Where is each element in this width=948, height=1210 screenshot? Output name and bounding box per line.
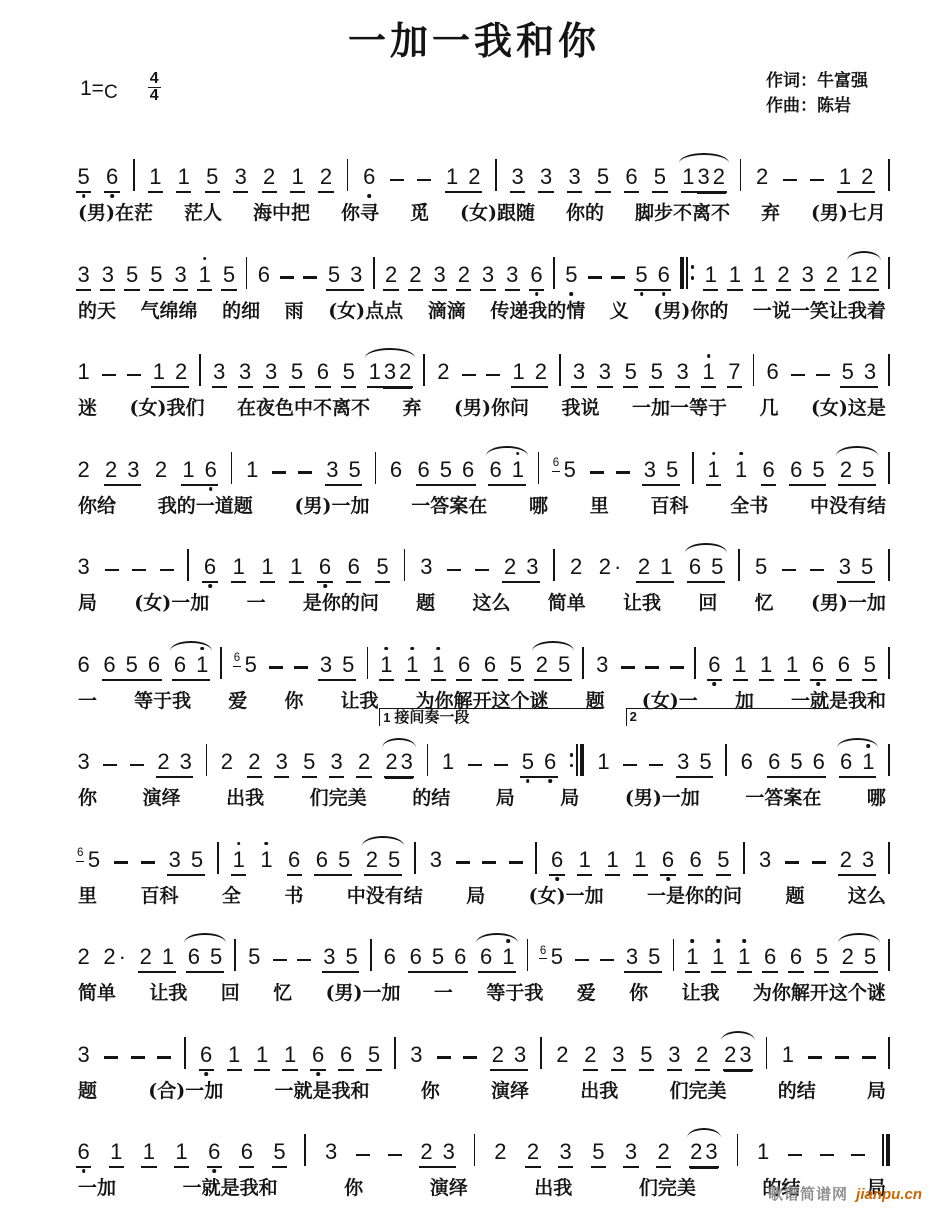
lyrics-row: 简单让我回忆(男)一加一等于我爱你让我为你解开这个谜 <box>0 973 948 1005</box>
tie-arc <box>836 446 878 456</box>
note-token: 61 <box>478 946 516 973</box>
note-token: 6 <box>529 264 544 291</box>
note-token: 6 <box>362 166 377 193</box>
note-token: 6 <box>256 264 271 291</box>
note-token: 35 <box>322 946 360 973</box>
lyric-segment: 一答案在 <box>745 783 821 810</box>
duration-dash <box>509 861 523 863</box>
note-token: 2 <box>569 556 584 583</box>
score-system: 1接间奏一段232322353223156135665661你演绎出我们完美的结… <box>0 718 948 816</box>
duration-dash <box>157 1056 171 1058</box>
duration-dash <box>104 1056 118 1058</box>
note-token: 5 <box>149 264 164 291</box>
note-token: 16 <box>181 459 219 486</box>
lyric-segment: 你的 <box>566 198 604 225</box>
lyric-segment: 这么 <box>472 588 510 615</box>
lyric-segment: (男)你的 <box>653 296 728 323</box>
note-token: 3 <box>76 1044 91 1071</box>
duration-dash <box>645 666 659 668</box>
note-token: 3 <box>238 361 253 388</box>
note-token: 6 <box>199 1044 214 1071</box>
note-token: 3 <box>428 849 443 876</box>
note-token: 23 <box>689 1141 720 1168</box>
notes-row: 1接间奏一段232322353223156135665661 <box>0 718 948 778</box>
note-token: 35 <box>624 946 662 973</box>
score-system: 22321613566566165351166525你给我的一道题(男)一加一答… <box>0 426 948 524</box>
note-token: 1 <box>706 459 721 486</box>
tie-arc <box>382 738 417 748</box>
barline <box>246 256 248 290</box>
note-token: 5 <box>76 166 91 193</box>
duration-dash <box>494 764 508 766</box>
key-note: C <box>104 82 118 103</box>
note-token: 1 <box>755 1141 770 1168</box>
note-token: 1 <box>605 849 620 876</box>
score-system: 561153212612333565132212(男)在茫茫人海中把你寻觅(女)… <box>0 133 948 231</box>
note-token: 1 <box>784 654 799 681</box>
note-token: 3 <box>675 361 690 388</box>
lyric-segment: 滴滴 <box>428 296 466 323</box>
volta-text: 接间奏一段 <box>394 708 469 726</box>
note-token: 5 <box>639 1044 654 1071</box>
notes-row: 6535116652536111665323 <box>0 816 948 876</box>
grace-note: 6 <box>76 848 84 862</box>
duration-dash <box>388 1154 402 1156</box>
notes-row: 22·2165535665661653511166525 <box>0 913 948 973</box>
lyric-segment: 迷 <box>78 393 97 420</box>
note-token: 1 <box>733 654 748 681</box>
note-token: 5 <box>623 361 638 388</box>
lyric-segment: 中没有结 <box>810 491 886 518</box>
note-token: 6 <box>762 946 777 973</box>
note-token: 3 <box>323 1141 338 1168</box>
key-time-signature: 1=C 4 4 <box>80 73 161 104</box>
note-token: 6 <box>788 946 803 973</box>
note-token: 132 <box>367 361 413 388</box>
barline <box>740 158 742 192</box>
barline <box>184 1036 186 1070</box>
lyric-segment: 忆 <box>273 978 292 1005</box>
barline <box>743 841 745 875</box>
note-token: 1 <box>711 946 726 973</box>
note-token: 6 <box>482 654 497 681</box>
notes-row: 66566165351116652536111665 <box>0 621 948 681</box>
barline <box>187 548 189 582</box>
duration-dash <box>456 861 470 863</box>
lyric-segment: 为你解开这个谜 <box>753 978 886 1005</box>
barline <box>234 938 236 972</box>
note-token: 7 <box>727 361 742 388</box>
duration-dash <box>808 1056 822 1058</box>
note-token: 1 <box>727 264 742 291</box>
barline <box>217 841 219 875</box>
note-token: 2· <box>597 556 623 583</box>
lyric-segment: 爱 <box>577 978 596 1005</box>
lyric-segment: 弃 <box>402 393 421 420</box>
duration-dash <box>390 179 404 181</box>
lyric-segment: 忆 <box>755 588 774 615</box>
barline <box>737 1133 739 1167</box>
note-token: 3 <box>76 751 91 778</box>
barline <box>414 841 416 875</box>
lyric-segment: 你 <box>78 783 97 810</box>
lyric-segment: 出我 <box>534 1173 572 1200</box>
note-token: 6 <box>346 556 361 583</box>
lyric-segment: 我的一道题 <box>158 491 253 518</box>
barline <box>373 256 375 290</box>
duration-dash <box>131 1056 145 1058</box>
note-token: 65 <box>76 849 102 876</box>
lyric-segment: 书 <box>284 881 303 908</box>
note-token: 6 <box>836 654 851 681</box>
lyric-segment: 你 <box>284 686 303 713</box>
lyric-segment: 的结 <box>412 783 450 810</box>
note-token: 25 <box>534 654 572 681</box>
barline <box>582 646 584 680</box>
lyric-segment: (男)一加 <box>625 783 700 810</box>
tie-arc <box>170 641 212 651</box>
lyric-segment: 我说 <box>561 393 599 420</box>
note-token: 2 <box>555 1044 570 1071</box>
lyrics-row: 里百科全书中没有结局(女)一加一是你的问题这么 <box>0 876 948 908</box>
lyric-segment: (男)一加 <box>326 978 401 1005</box>
note-token: 3 <box>76 264 91 291</box>
song-title: 一加一我和你 <box>0 10 948 65</box>
duration-dash <box>785 861 799 863</box>
lyric-segment: 让我 <box>623 588 661 615</box>
note-token: 5 <box>716 849 731 876</box>
note-token: 3 <box>329 751 344 778</box>
duration-dash <box>835 1056 849 1058</box>
lyric-segment: 雨 <box>285 296 304 323</box>
note-token: 25 <box>364 849 402 876</box>
note-token: 3 <box>611 1044 626 1071</box>
note-token: 656 <box>416 459 476 486</box>
lyric-segment: 中没有结 <box>347 881 423 908</box>
note-token: 1 <box>245 459 260 486</box>
note-token: 6 <box>310 1044 325 1071</box>
duration-dash <box>468 764 482 766</box>
note-token: 23 <box>502 556 540 583</box>
note-token: 12 <box>151 361 189 388</box>
note-token: 23 <box>490 1044 528 1071</box>
note-token: 65 <box>186 946 224 973</box>
duration-dash <box>588 276 602 278</box>
note-token: 2 <box>219 751 234 778</box>
lyric-segment: (合)一加 <box>148 1076 223 1103</box>
note-token: 23 <box>419 1141 457 1168</box>
note-token: 1 <box>379 654 394 681</box>
note-token: 2 <box>776 264 791 291</box>
tie-arc <box>685 543 727 553</box>
barline <box>423 353 425 387</box>
lyric-segment: 们完美 <box>310 783 367 810</box>
lyric-segment: 题 <box>416 588 435 615</box>
duration-dash <box>600 959 614 961</box>
note-token: 3 <box>263 361 278 388</box>
barline <box>527 938 529 972</box>
note-token: 1 <box>596 751 611 778</box>
note-token: 1 <box>254 1044 269 1071</box>
note-token: 5 <box>649 361 664 388</box>
double-underline-group: 32 <box>382 361 413 383</box>
note-token: 2 <box>695 1044 710 1071</box>
note-token: 23 <box>838 849 876 876</box>
volta-label: 2 <box>630 709 637 724</box>
lyrics-row: 迷(女)我们在夜色中不离不弃(男)你问我说一加一等于几(女)这是 <box>0 388 948 420</box>
lyric-segment: 简单 <box>548 588 586 615</box>
lyric-segment: 义 <box>610 296 629 323</box>
note-token: 1 <box>733 459 748 486</box>
volta-bracket: 2 <box>626 708 829 726</box>
lyric-segment: 弃 <box>761 198 780 225</box>
notes-row: 22321613566566165351166525 <box>0 426 948 486</box>
tie-arc <box>687 1128 722 1138</box>
note-token: 1 <box>701 361 716 388</box>
duration-dash <box>670 666 684 668</box>
composer-credit: 作曲：陈岩 <box>766 94 868 119</box>
note-token: 3 <box>558 1141 573 1168</box>
barline <box>304 1133 306 1167</box>
lyric-segment: (女)一加 <box>529 881 604 908</box>
volta-label: 1 <box>383 710 390 725</box>
time-signature-bottom: 4 <box>148 88 161 104</box>
note-token: 2 <box>262 166 277 193</box>
note-token: 2 <box>824 264 839 291</box>
note-token: 1 <box>227 1044 242 1071</box>
duration-dash <box>298 471 312 473</box>
lyric-segment: 题 <box>78 1076 97 1103</box>
lyric-segment: 等于我 <box>134 686 191 713</box>
score-system: 6535116652536111665323里百科全书中没有结局(女)一加一是你… <box>0 816 948 914</box>
repeat-start-barline <box>680 256 694 290</box>
duration-dash <box>294 666 308 668</box>
lyric-segment: 一 <box>247 588 266 615</box>
barline <box>694 646 696 680</box>
note-token: 2 <box>583 1044 598 1071</box>
note-token: 1 <box>685 946 700 973</box>
tie-arc <box>838 933 880 943</box>
duration-dash <box>272 471 286 473</box>
notes-row: 561153212612333565132212 <box>0 133 948 193</box>
note-token: 5 <box>272 1141 287 1168</box>
duration-dash <box>616 471 630 473</box>
barline <box>738 548 740 582</box>
note-token: 65 <box>314 849 352 876</box>
barline <box>404 548 406 582</box>
tie-arc <box>847 251 882 261</box>
note-token: 5 <box>205 166 220 193</box>
note-token: 2 <box>153 459 168 486</box>
note-token: 6 <box>315 361 330 388</box>
barline <box>474 1133 476 1167</box>
lyric-segment: 百科 <box>650 491 688 518</box>
note-token: 2· <box>102 946 128 973</box>
note-token: 65 <box>789 459 827 486</box>
barline <box>725 743 727 777</box>
barline <box>753 353 755 387</box>
duration-dash <box>132 569 146 571</box>
note-token: 25 <box>838 459 876 486</box>
lyric-segment: 一 <box>434 978 453 1005</box>
duration-dash <box>273 959 287 961</box>
duration-dash <box>482 861 496 863</box>
note-token: 6 <box>688 849 703 876</box>
duration-dash <box>623 764 637 766</box>
barline <box>367 646 369 680</box>
barline <box>199 353 201 387</box>
note-token: 2 <box>656 1141 671 1168</box>
notes-row: 3611166532322·2165535 <box>0 523 948 583</box>
lyric-segment: 局 <box>496 783 515 810</box>
duration-dash <box>356 1154 370 1156</box>
double-underline-group: 23 <box>689 1141 720 1163</box>
note-token: 656 <box>408 946 468 973</box>
lyric-segment: (女)这是 <box>811 393 886 420</box>
barline <box>888 451 890 485</box>
tie-arc <box>532 641 574 651</box>
note-token: 61 <box>172 654 210 681</box>
barline <box>766 1036 768 1070</box>
lyric-segment: 让我 <box>681 978 719 1005</box>
watermark-site-name: 歌谱简谱网 <box>768 1185 848 1203</box>
note-token: 61 <box>488 459 526 486</box>
barline <box>888 158 890 192</box>
note-token: 6 <box>761 459 776 486</box>
score-system: 36111665323223532231题(合)一加一就是我和你演绎出我们完美的… <box>0 1011 948 1109</box>
note-token: 3 <box>510 166 525 193</box>
lyricist-credit: 作词：牛富强 <box>766 69 868 94</box>
note-token: 53 <box>840 361 878 388</box>
note-token: 56 <box>634 264 672 291</box>
lyric-segment: (女)我们 <box>130 393 205 420</box>
time-signature-top: 4 <box>148 71 161 88</box>
lyrics-row: 局(女)一加一是你的问题这么简单让我回忆(男)一加 <box>0 583 948 615</box>
lyrics-row: 的天气绵绵的细雨(女)点点滴滴传递我的情义(男)你的一说一笑让我着 <box>0 291 948 323</box>
lyric-segment: (男)在茫 <box>78 198 153 225</box>
note-token: 6 <box>765 361 780 388</box>
repeat-dots <box>570 744 574 776</box>
lyric-segment: 一就是我和 <box>274 1076 369 1103</box>
note-token: 6 <box>76 1141 91 1168</box>
lyric-segment: 你 <box>344 1173 363 1200</box>
lyric-segment: 让我 <box>340 686 378 713</box>
duration-dash <box>862 1056 876 1058</box>
barline <box>375 451 377 485</box>
barline <box>673 938 675 972</box>
lyric-segment: 一就是我和 <box>183 1173 278 1200</box>
barline <box>553 256 555 290</box>
note-token: 6 <box>76 654 91 681</box>
barline <box>888 743 890 777</box>
note-token: 2 <box>76 459 91 486</box>
note-token: 5 <box>814 946 829 973</box>
note-token: 3 <box>173 264 188 291</box>
note-token: 5 <box>247 946 262 973</box>
lyric-segment: 是你的问 <box>303 588 379 615</box>
barline <box>888 646 890 680</box>
score-system: 3611166532322·2165535局(女)一加一是你的问题这么简单让我回… <box>0 523 948 621</box>
barline <box>888 841 890 875</box>
barline <box>540 1036 542 1070</box>
note-token: 3 <box>595 654 610 681</box>
duration-dash <box>103 764 117 766</box>
tie-arc <box>486 446 528 456</box>
lyric-segment: (男)一加 <box>295 491 370 518</box>
note-token: 1 <box>752 264 767 291</box>
note-token: 1 <box>260 556 275 583</box>
note-token: 3 <box>623 1141 638 1168</box>
note-token: 5 <box>341 361 356 388</box>
duration-dash <box>816 374 830 376</box>
lyric-segment: (男)你问 <box>454 393 529 420</box>
note-token: 1 <box>109 1141 124 1168</box>
duration-dash <box>791 374 805 376</box>
barline <box>133 158 135 192</box>
lyric-segment: 局 <box>466 881 485 908</box>
watermark-site-url[interactable]: jianpu.cn <box>856 1186 922 1203</box>
note-token: 1 <box>282 1044 297 1071</box>
note-token: 1 <box>174 1141 189 1168</box>
note-token: 1 <box>197 264 212 291</box>
note-token: 3 <box>274 751 289 778</box>
note-token: 3 <box>432 264 447 291</box>
note-token: 3 <box>409 1044 424 1071</box>
lyric-segment: 让我 <box>149 978 187 1005</box>
duration-dash <box>297 959 311 961</box>
lyric-segment: 一说一笑让我着 <box>753 296 886 323</box>
note-token: 1 <box>176 166 191 193</box>
note-token: 5 <box>375 556 390 583</box>
note-token: 656 <box>767 751 827 778</box>
score-system: 3355315653223233655611123212的天气绵绵的细雨(女)点… <box>0 231 948 329</box>
note-token: 12 <box>445 166 483 193</box>
duration-dash <box>486 374 500 376</box>
score-system: 22·2165535665661653511166525简单让我回忆(男)一加一… <box>0 913 948 1011</box>
note-token: 1 <box>259 849 274 876</box>
note-token: 1 <box>231 849 246 876</box>
note-token: 132 <box>681 166 727 193</box>
double-underline-group: 23 <box>723 1044 754 1066</box>
barline <box>231 451 233 485</box>
note-token: 6 <box>202 556 217 583</box>
note-token: 3 <box>597 361 612 388</box>
note-token: 5 <box>221 264 236 291</box>
duration-dash <box>303 276 317 278</box>
note-token: 5 <box>289 361 304 388</box>
score-system: 1123335651322123355317653迷(女)我们在夜色中不离不弃(… <box>0 328 948 426</box>
lyric-segment: 爱 <box>228 686 247 713</box>
note-token: 2 <box>525 1141 540 1168</box>
lyrics-row: 题(合)一加一就是我和你演绎出我们完美的结局 <box>0 1071 948 1103</box>
duration-dash <box>810 179 824 181</box>
note-token: 656 <box>102 654 162 681</box>
duration-dash <box>105 569 119 571</box>
note-token: 65 <box>552 459 578 486</box>
note-token: 5 <box>124 264 139 291</box>
lyric-segment: 你寻 <box>341 198 379 225</box>
lyric-segment: 演绎 <box>143 783 181 810</box>
note-token: 6 <box>287 849 302 876</box>
lyric-segment: 等于我 <box>486 978 543 1005</box>
note-token: 1 <box>76 361 91 388</box>
duration-dash <box>463 1056 477 1058</box>
lyric-segment: 一答案在 <box>411 491 487 518</box>
lyric-segment: 出我 <box>226 783 264 810</box>
note-token: 6 <box>456 654 471 681</box>
note-token: 6 <box>207 1141 222 1168</box>
lyric-segment: 出我 <box>580 1076 618 1103</box>
